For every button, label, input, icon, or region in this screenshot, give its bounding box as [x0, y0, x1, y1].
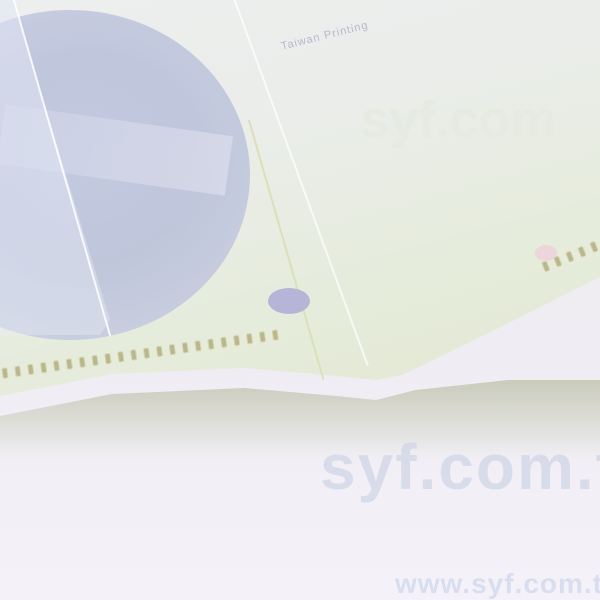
watermark-middle: syf.com.tw: [320, 430, 600, 504]
printed-dot: [268, 288, 310, 314]
watermark-top: syf.com: [360, 90, 557, 150]
watermark-bottom: www.syf.com.tw: [395, 568, 600, 600]
product-photo: Taiwan Printing syf.com syf.com.tw www.s…: [0, 0, 600, 600]
